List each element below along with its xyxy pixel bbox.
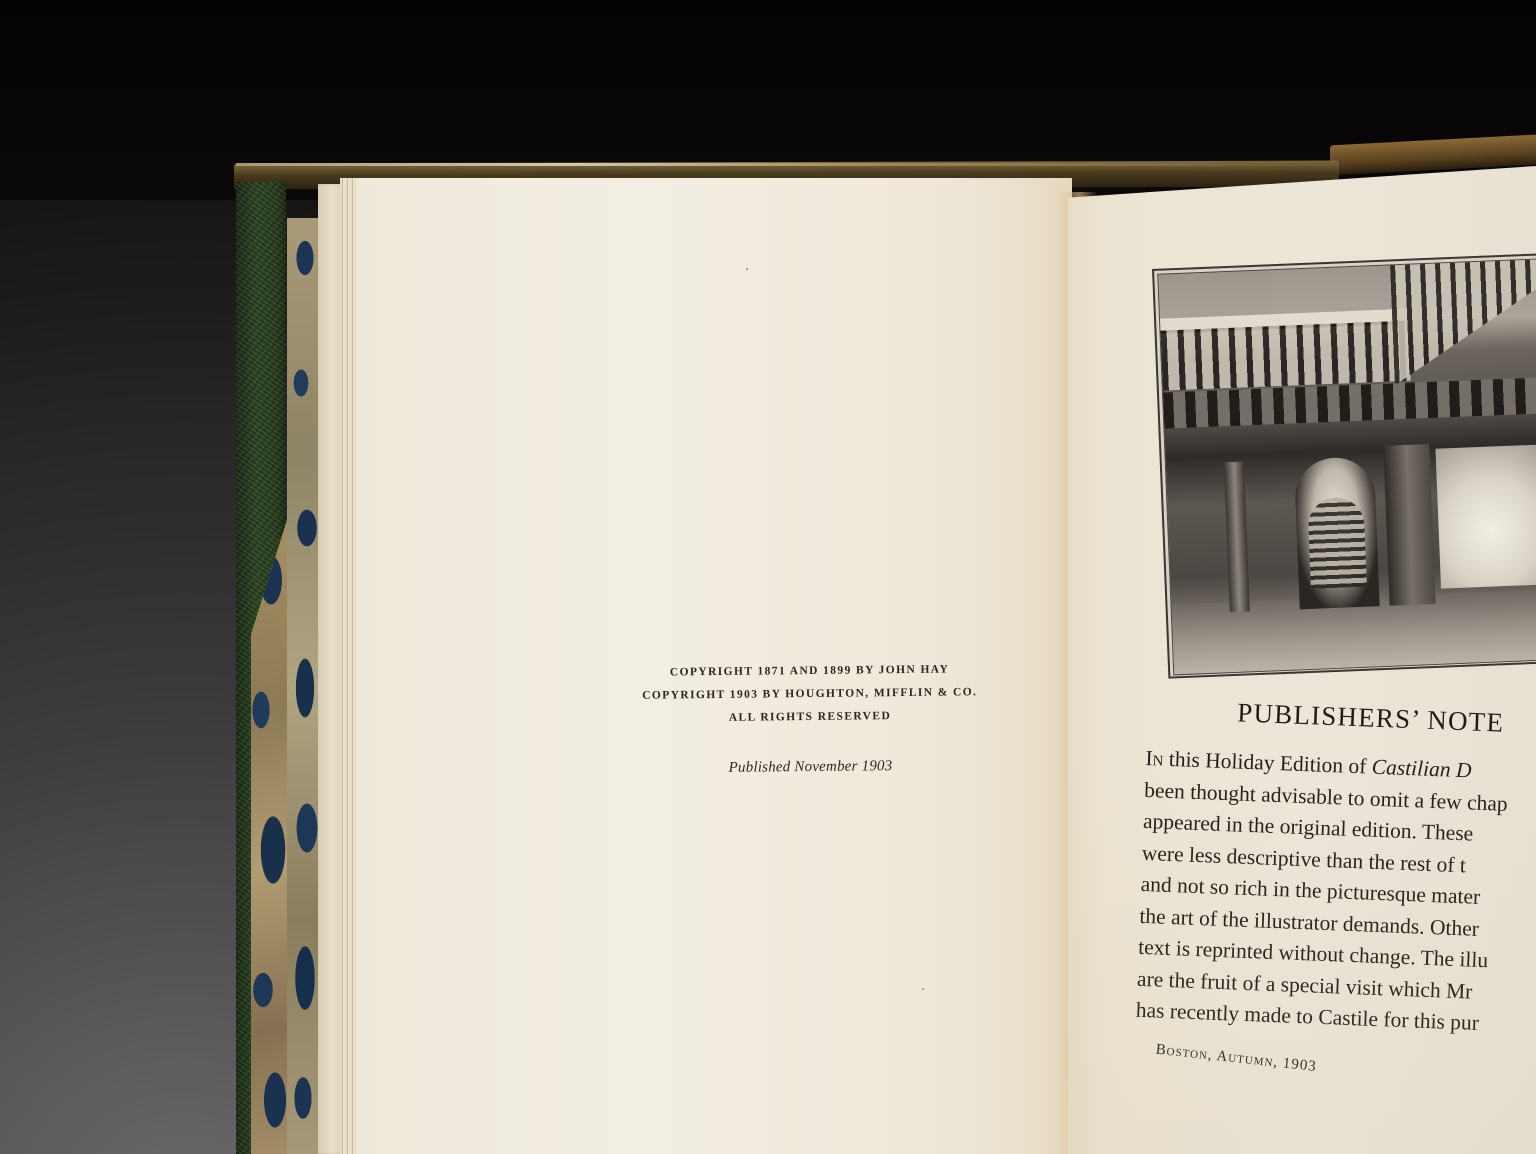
lead-small-caps: In <box>1145 746 1164 771</box>
copyright-line-3: All Rights Reserved <box>600 704 1020 731</box>
note-text: this Holiday Edition of <box>1163 747 1372 779</box>
illustration-drawing <box>1157 258 1536 676</box>
publishers-note: PUBLISHERS’ NOTE In this Holiday Edition… <box>1134 694 1536 1073</box>
book-title-italic: Castilian D <box>1371 755 1472 783</box>
copyright-line-2: Copyright 1903 by Houghton, Mifflin & Co… <box>600 681 1020 708</box>
paper-speck <box>922 988 924 990</box>
covered-cart <box>1307 497 1367 589</box>
courtyard-illustration <box>1152 253 1536 679</box>
lit-staircase-area <box>1435 444 1536 589</box>
copyright-notice: Copyright 1871 and 1899 by John Hay Copy… <box>599 658 1020 778</box>
paper-speck <box>746 268 748 270</box>
gallery-balustrade-angled <box>1390 258 1536 386</box>
gallery-balustrade <box>1160 321 1410 391</box>
stone-pillar <box>1383 444 1435 606</box>
stone-pillar <box>1224 461 1250 612</box>
publishers-note-body: In this Holiday Edition of Castilian D b… <box>1135 743 1536 1042</box>
gilt-edge-highlight <box>236 163 1336 166</box>
